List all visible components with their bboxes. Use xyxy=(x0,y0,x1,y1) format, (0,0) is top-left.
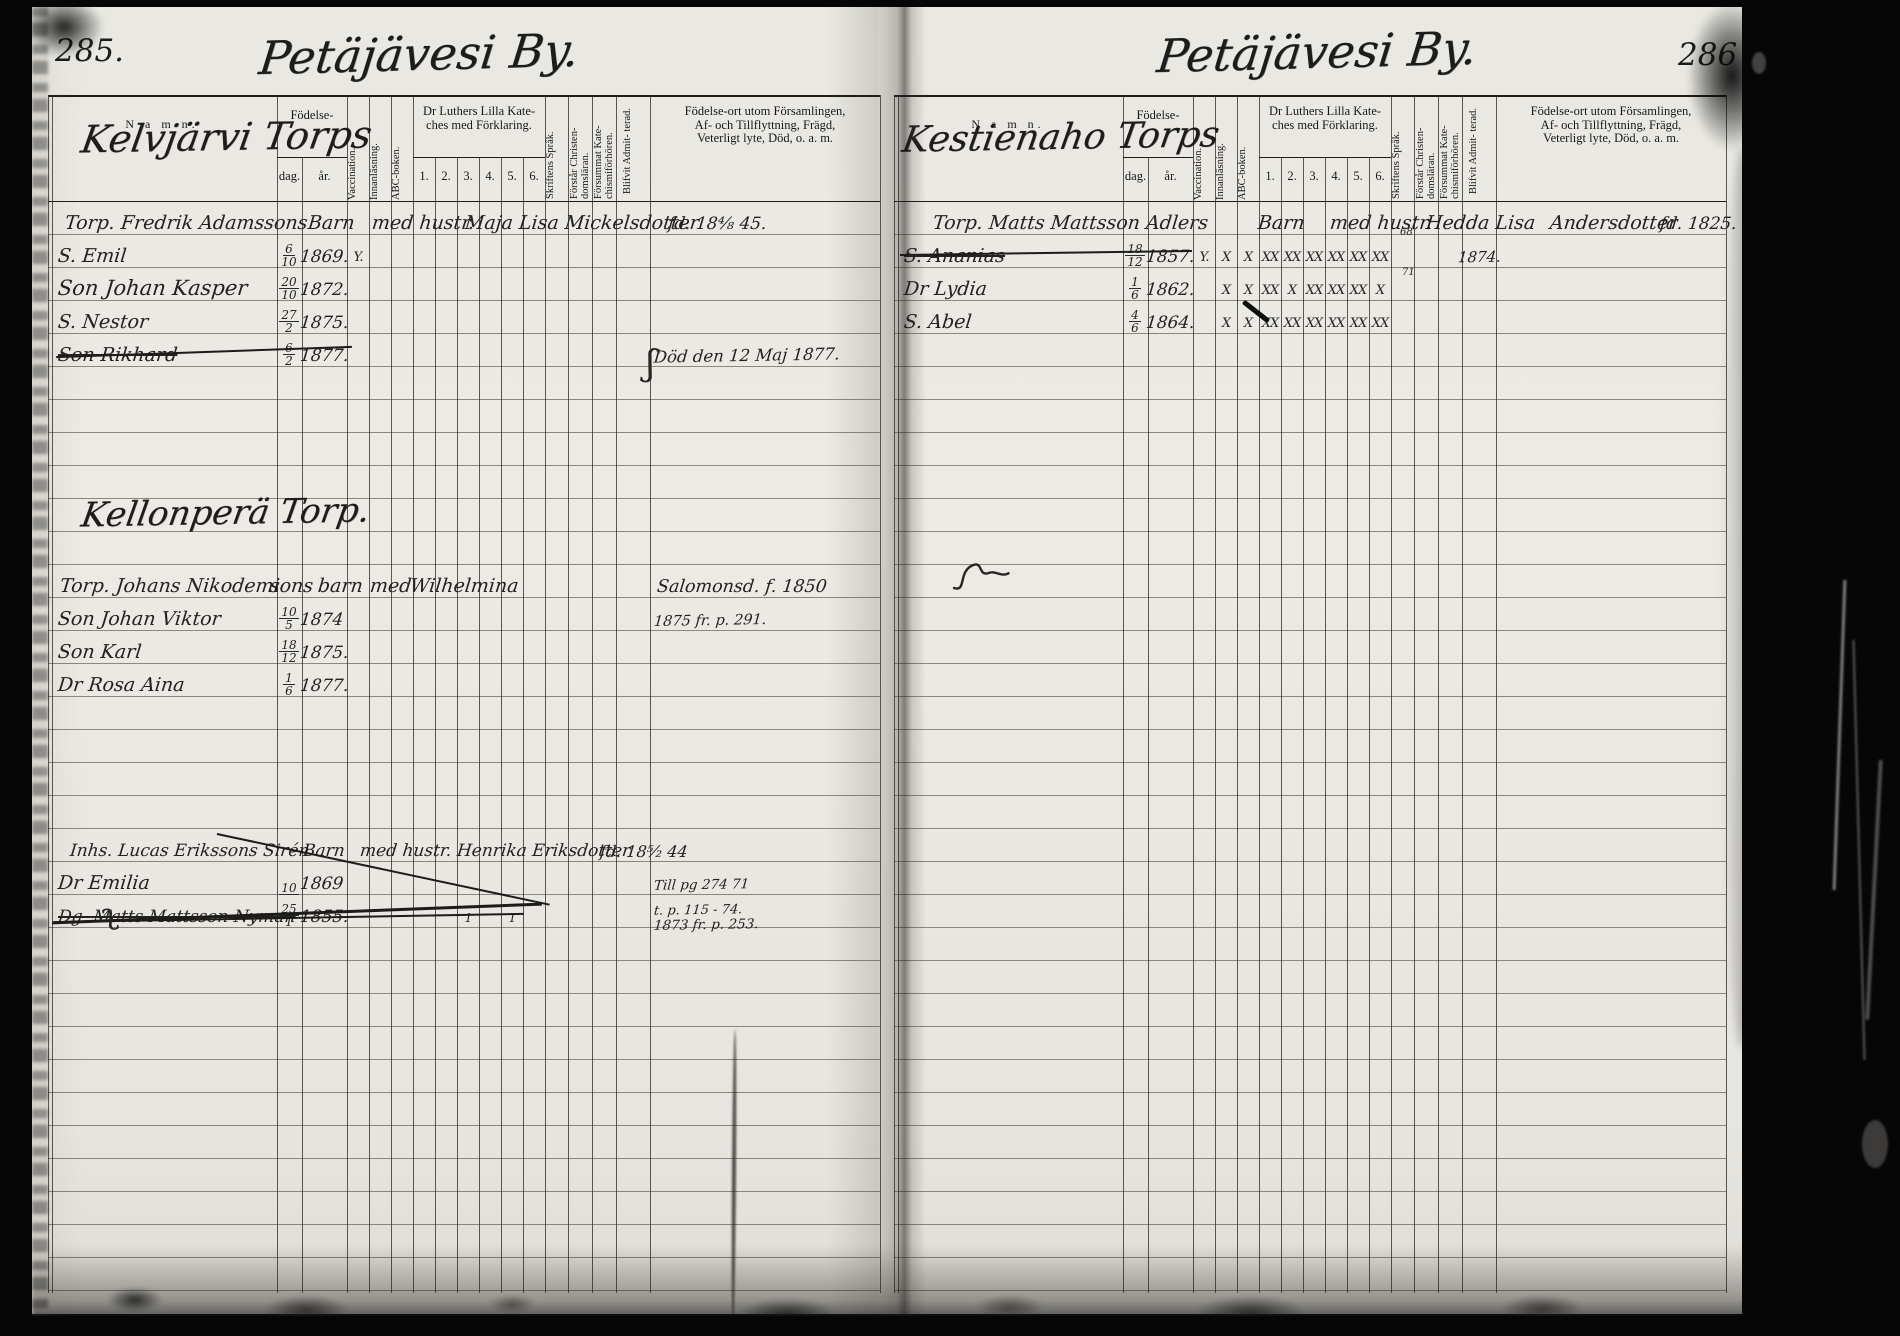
household-head: Torp. Johans Nikodemi xyxy=(59,575,281,597)
birth-year: 1862. xyxy=(1145,280,1196,300)
page-reference-note: Till pg 274 71 xyxy=(653,876,750,894)
catechism-mark: XX xyxy=(1303,250,1325,265)
col-header-understands-christianity: Förstår Christen- domsläran. xyxy=(569,95,591,199)
col-k5: 5. xyxy=(1347,169,1369,184)
catechism-mark: X xyxy=(1369,283,1391,298)
col-header-missed-examination: Försummat Kate- chismiförhören. xyxy=(1439,95,1461,199)
col-k3: 3. xyxy=(1303,169,1325,184)
birth-year: 1869. xyxy=(299,247,350,267)
col-header-reading: Innanläsning. xyxy=(1215,96,1237,200)
reading-mark: X xyxy=(1215,316,1237,331)
remarks-line1: Födelse-ort utom Församlingen, xyxy=(1531,104,1692,118)
catechism-mark: XX xyxy=(1259,250,1281,265)
catechism-mark: XX xyxy=(1325,250,1347,265)
record-row: S. Abel 46 1864. X X XX XX XX XX XX XX xyxy=(878,301,1748,334)
catechism-mark: XX xyxy=(1281,250,1303,265)
scan-smudge xyxy=(1752,52,1766,74)
abc-mark: X xyxy=(1237,316,1259,331)
catechism-line1: Dr Luthers Lilla Kate- xyxy=(1269,104,1381,118)
header-top-line xyxy=(48,95,880,97)
reading-mark: X xyxy=(1215,250,1237,265)
day-denominator: 6 xyxy=(1131,289,1139,301)
col-header-catechism: Dr Luthers Lilla Kate-ches med Förklarin… xyxy=(413,105,545,132)
record-row: Dr Emilia 10 1869 Till pg 274 71 xyxy=(32,862,878,895)
center-fold-shadow xyxy=(878,7,926,1336)
remarks-line3: Veterligt lyte, Död, o. a. m. xyxy=(697,131,833,145)
household-birth-note: Salomonsd. f. 1850 xyxy=(656,577,828,597)
person-name: Son Johan Viktor xyxy=(57,608,222,630)
col-header-admitted: Blifvit Admit- terad. xyxy=(622,90,644,194)
birth-year: 1872. xyxy=(299,280,350,300)
col-k1: 1. xyxy=(413,169,435,184)
household-word: Barn xyxy=(307,212,356,234)
day-denominator: 12 xyxy=(1127,256,1142,268)
record-row: S. Nestor 272 1875. xyxy=(32,301,878,334)
household-wife: Wilhelmina xyxy=(409,575,520,597)
remarks-line2: Af- och Tillflyttning, Frägd, xyxy=(1541,118,1682,132)
household-row: Torp. Matts Mattsson Adlers Barn med hus… xyxy=(878,202,1748,235)
birth-year: 1877. xyxy=(299,676,350,696)
col-subheader-day: dag. xyxy=(277,169,302,184)
bottom-edge-stain xyxy=(32,1245,1748,1321)
left-page: 285. Petäjävesi By. N a m n. Födelse- da… xyxy=(32,7,878,1336)
catechism-mark: X xyxy=(1281,283,1303,298)
paper-sheet: 285. Petäjävesi By. N a m n. Födelse- da… xyxy=(32,7,1748,1314)
admitted-year-note: 1874. xyxy=(1457,248,1502,267)
col-k1: 1. xyxy=(1259,169,1281,184)
village-section-title: Kestienaho Torps xyxy=(899,114,1222,161)
page-reference-note: 1873 fr. p. 253. xyxy=(653,916,759,934)
ruled-lines xyxy=(894,202,1726,1293)
col-header-catechism: Dr Luthers Lilla Kate-ches med Förklarin… xyxy=(1259,105,1391,132)
birth-year: 1869 xyxy=(299,874,344,894)
remarks-line1: Födelse-ort utom Församlingen, xyxy=(685,104,846,118)
birth-year: 1875. xyxy=(299,313,350,333)
birth-year: 1874 xyxy=(299,610,344,630)
catechism-mark: XX xyxy=(1369,250,1391,265)
catechism-mark: XX xyxy=(1347,316,1369,331)
catechism-line1: Dr Luthers Lilla Kate- xyxy=(423,104,535,118)
day-denominator: 12 xyxy=(281,652,296,664)
abc-mark: X xyxy=(1237,250,1259,265)
household-birth-note: fd. 18⁴⁄₈ 45. xyxy=(667,214,768,234)
col-k4: 4. xyxy=(479,169,501,184)
household-wife: Maja Lisa Mickelsdotter xyxy=(464,212,700,234)
col-header-remarks: Födelse-ort utom Församlingen,Af- och Ti… xyxy=(650,105,880,146)
household-word: med xyxy=(369,575,413,597)
person-name: S. Nestor xyxy=(57,311,150,333)
page-reference-note: 1875 fr. p. 291. xyxy=(653,612,767,630)
household-word: Barn xyxy=(1257,212,1306,234)
catechism-mark: XX xyxy=(1303,316,1325,331)
day-denominator: 6 xyxy=(285,685,293,697)
col-header-admitted: Blifvit Admit- terad. xyxy=(1468,90,1490,194)
col-k5: 5. xyxy=(501,169,523,184)
col-header-abc-book: ABC-boken. xyxy=(1237,96,1259,200)
col-header-understands-christianity: Förstår Christen- domsläran. xyxy=(1415,95,1437,199)
household-word: med hustr. xyxy=(359,841,453,861)
person-name: Son Karl xyxy=(57,641,143,663)
reading-mark: X xyxy=(1215,283,1237,298)
catechism-mark: XX xyxy=(1325,316,1347,331)
record-row: Son Karl 1812 1875. xyxy=(32,631,878,664)
farm-section-title: Kellonperä Torp. xyxy=(78,490,372,535)
day-numerator: 10 xyxy=(279,882,298,895)
person-name: Son Johan Kasper xyxy=(57,276,249,300)
person-name: Dr Rosa Aina xyxy=(57,674,186,696)
scan-border-bottom xyxy=(0,1316,1900,1336)
remarks-line2: Af- och Tillflyttning, Frägd, xyxy=(695,118,836,132)
catechism-mark: XX xyxy=(1369,316,1391,331)
col-subheader-year: år. xyxy=(302,169,347,184)
day-denominator: 10 xyxy=(281,256,296,268)
record-row: Son Johan Kasper 2010 1872. xyxy=(32,268,878,301)
day-denominator: 2 xyxy=(285,355,293,367)
col-k2: 2. xyxy=(435,169,457,184)
household-birth-note: fd. 18⁵⁄₂ 44 xyxy=(599,842,689,861)
household-word: sons xyxy=(269,575,314,597)
vaccination-mark: Y. xyxy=(1193,250,1215,265)
day-denominator: 5 xyxy=(285,619,293,631)
catechism-mark: XX xyxy=(1303,283,1325,298)
household-head: Inhs. Lucas Erikssons Sirén xyxy=(69,841,311,861)
person-name: Dr Emilia xyxy=(57,872,151,894)
household-head: Torp. Fredrik Adamssons xyxy=(64,212,309,234)
record-row: Son Rikhard 62 1877. Död den 12 Maj 1877… xyxy=(32,334,878,367)
col-k2: 2. xyxy=(1281,169,1303,184)
person-name: S. Emil xyxy=(57,245,128,267)
household-row: Torp. Johans Nikodemi sons barn med Wilh… xyxy=(32,565,878,598)
household-row: Inhs. Lucas Erikssons Sirén Barn med hus… xyxy=(32,829,878,862)
catechism-line2: ches med Förklaring. xyxy=(426,118,532,132)
col-k3: 3. xyxy=(457,169,479,184)
day-denominator: 6 xyxy=(1131,322,1139,334)
catechism-mark: XX xyxy=(1325,283,1347,298)
right-page: 286 Petäjävesi By. N a m n. Födelse- dag… xyxy=(878,7,1748,1336)
household-word: barn xyxy=(317,575,364,597)
catechism-mark: XX xyxy=(1347,250,1369,265)
birth-subheader-line xyxy=(1123,157,1193,158)
header-top-line xyxy=(894,95,1726,97)
household-word: med hustr. xyxy=(1329,212,1434,234)
household-birth-note: fd. 1825. xyxy=(1659,214,1738,234)
catechism-line2: ches med Förklaring. xyxy=(1272,118,1378,132)
col-header-abc-book: ABC-boken. xyxy=(391,96,413,200)
household-row: Torp. Fredrik Adamssons Barn med hustr. … xyxy=(32,202,878,235)
record-row: Dr Rosa Aina 16 1877. xyxy=(32,664,878,697)
vaccination-mark: Y. xyxy=(347,250,369,265)
village-section-title: Kelvjärvi Torps xyxy=(78,112,375,161)
catechism-mark: XX xyxy=(1347,283,1369,298)
day-denominator: 10 xyxy=(281,289,296,301)
record-row: Dr Lydia 16 1862. X X XX X XX XX XX X xyxy=(878,268,1748,301)
record-row: S. Emil 610 1869. Y. xyxy=(32,235,878,268)
left-edge-stain xyxy=(32,7,48,1336)
birth-year: 1875. xyxy=(299,643,350,663)
col-subheader-year: år. xyxy=(1148,169,1193,184)
col-header-scripture-language: Skriftens Språk. xyxy=(1391,95,1413,199)
col-subheader-day: dag. xyxy=(1123,169,1148,184)
scanned-parish-register: 285. Petäjävesi By. N a m n. Födelse- da… xyxy=(0,0,1900,1336)
scan-smudge xyxy=(1862,1120,1888,1168)
col-k6: 6. xyxy=(523,169,545,184)
day-denominator: 2 xyxy=(285,322,293,334)
col-k6: 6. xyxy=(1369,169,1391,184)
household-word: med hustr. xyxy=(371,212,476,234)
death-note: Död den 12 Maj 1877. xyxy=(653,344,841,366)
birth-year: 1864. xyxy=(1145,313,1196,333)
col-header-scripture-language: Skriftens Språk. xyxy=(545,95,567,199)
scan-border-left xyxy=(0,0,32,1336)
record-row: S. Ananias 1812 1857. Y. X X XX XX XX XX… xyxy=(878,235,1748,268)
catechism-mark: XX xyxy=(1259,283,1281,298)
remarks-line3: Veterligt lyte, Död, o. a. m. xyxy=(1543,131,1679,145)
catechism-mark: XX xyxy=(1281,316,1303,331)
record-row: Son Johan Viktor 105 1874 1875 fr. p. 29… xyxy=(32,598,878,631)
col-header-missed-examination: Försummat Kate- chismiförhören. xyxy=(593,95,615,199)
household-head: Torp. Matts Mattsson Adlers xyxy=(932,212,1209,234)
abc-mark: X xyxy=(1237,283,1259,298)
col-k4: 4. xyxy=(1325,169,1347,184)
household-wife: Hedda Lisa xyxy=(1425,212,1537,234)
scan-border-top xyxy=(0,0,1900,7)
record-row: Dg. Matts Mattsson Nyman 251 1855. 1 1 t… xyxy=(32,895,878,928)
